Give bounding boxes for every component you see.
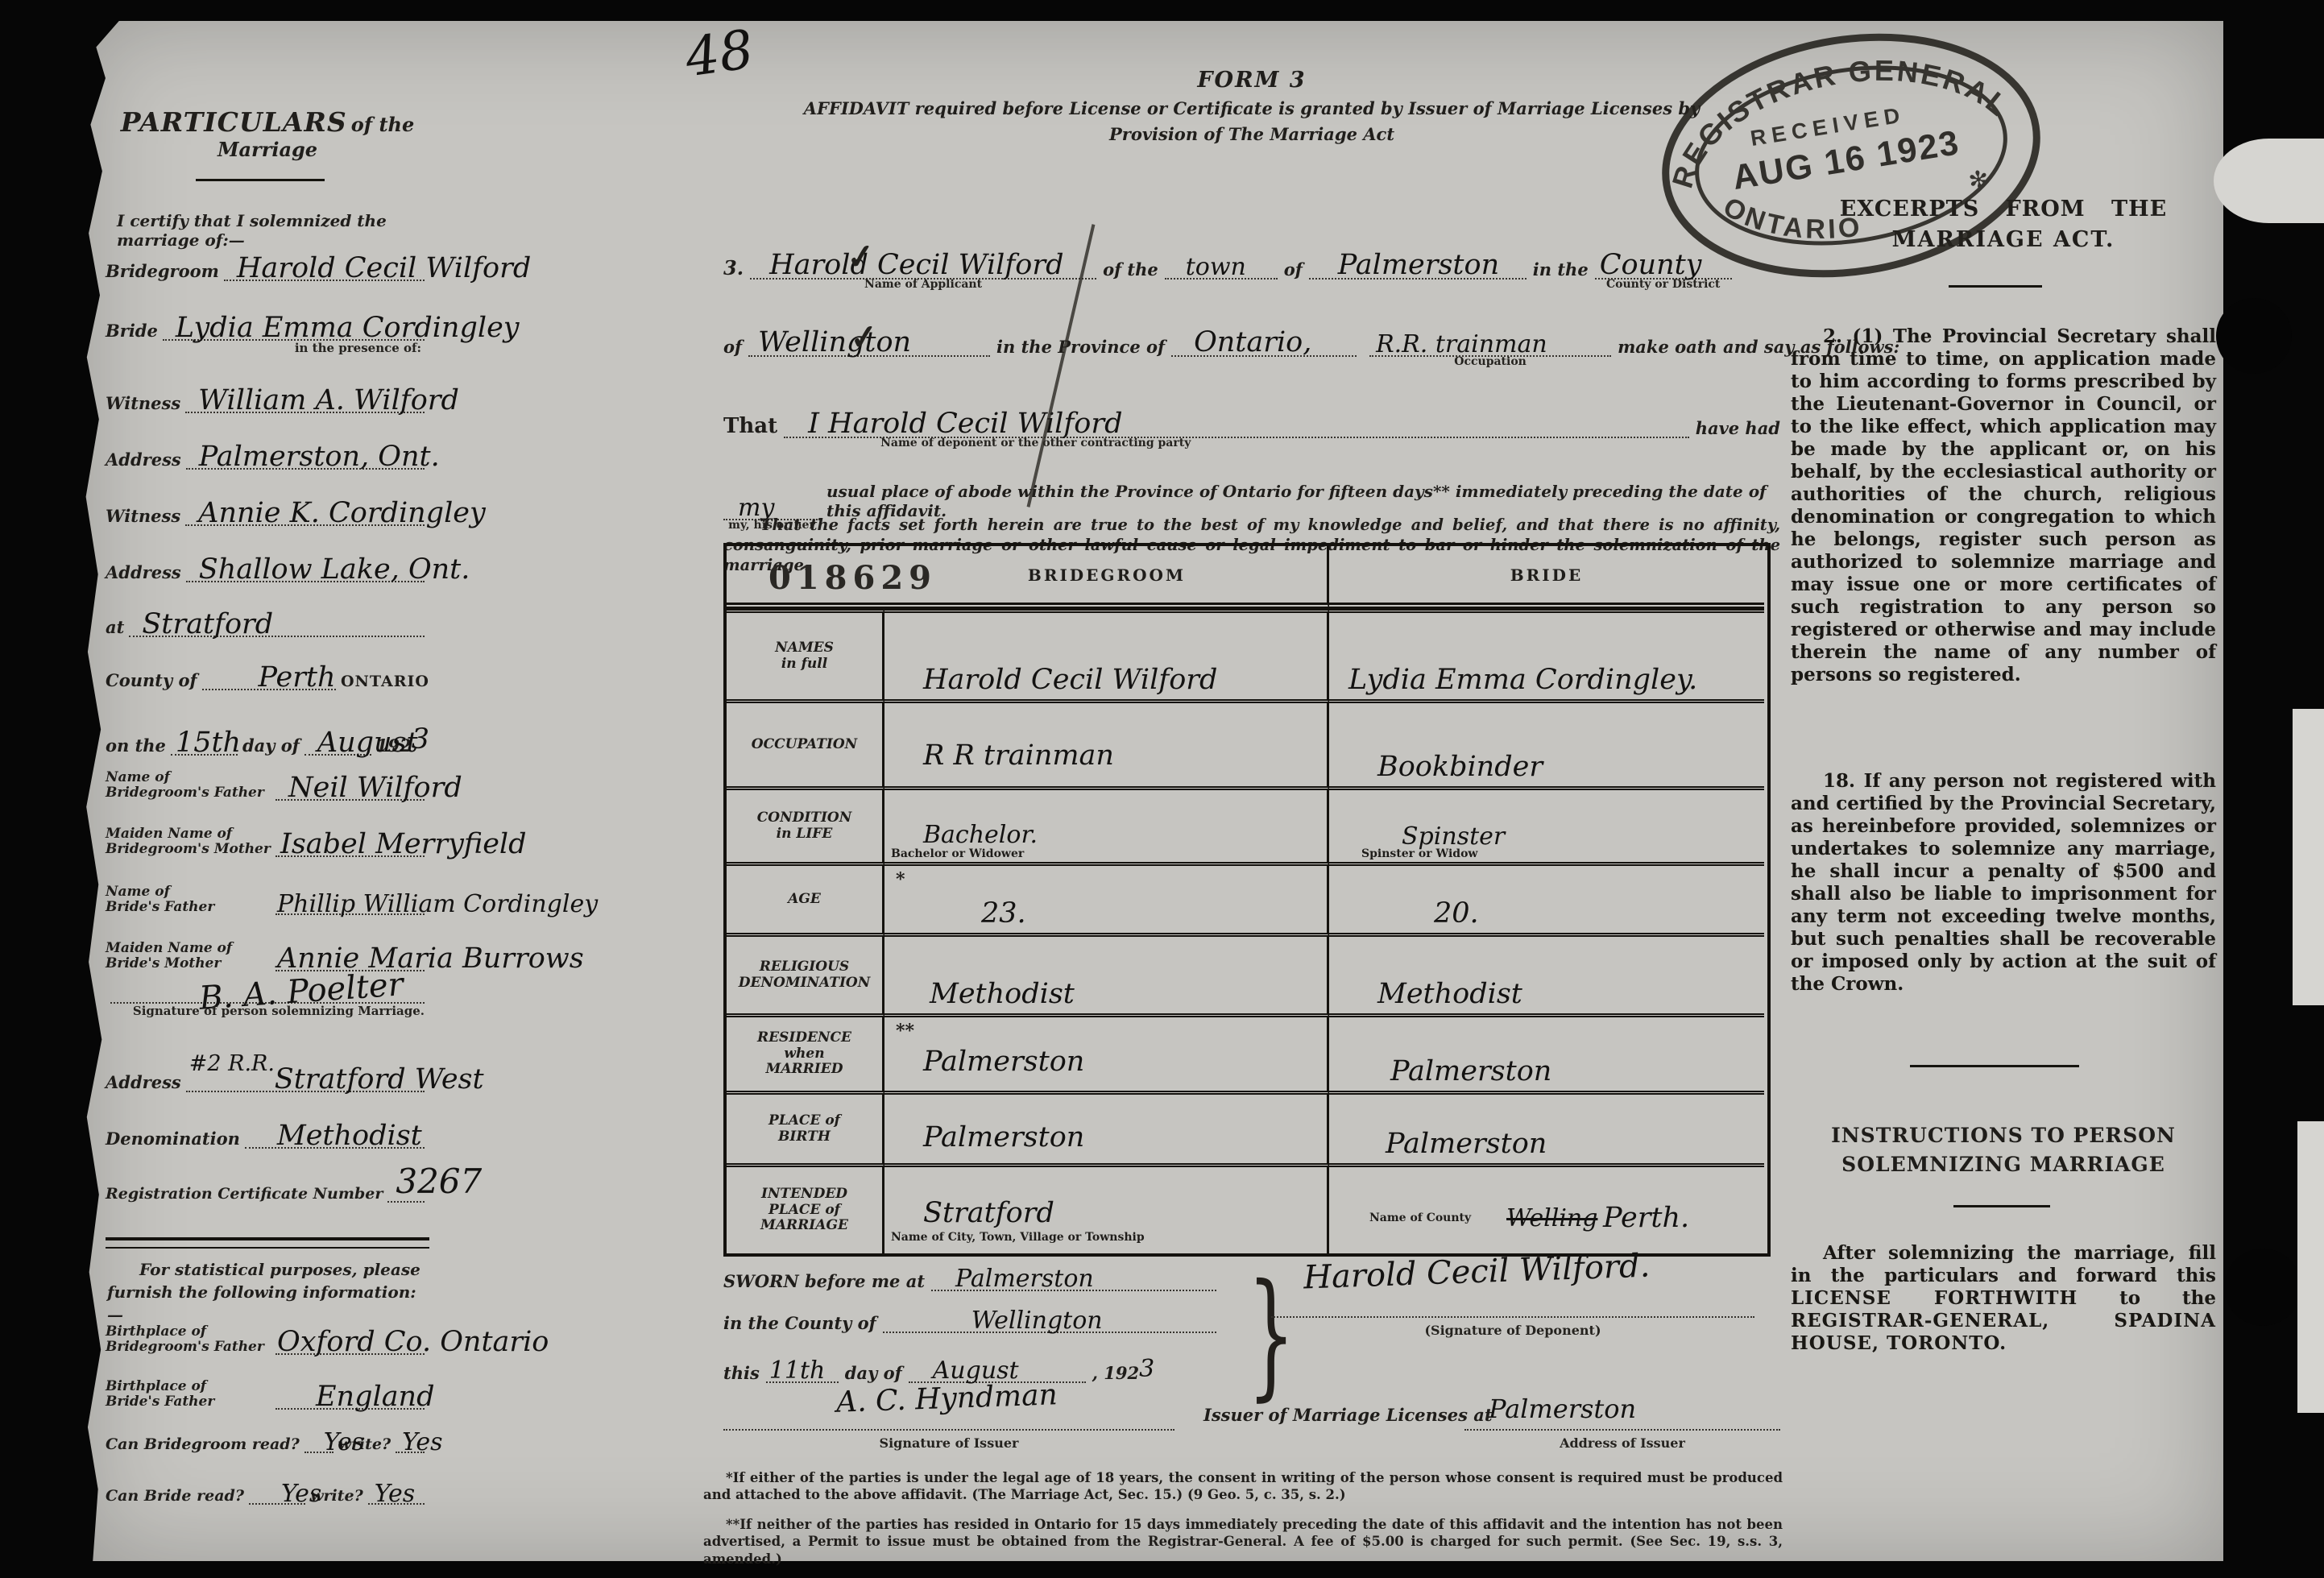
field-label: County of xyxy=(106,670,197,690)
affidavit-title-line2: Provision of The Marriage Act xyxy=(723,124,1780,144)
sworn-line-2: in the County of Wellington xyxy=(723,1313,1223,1333)
marriage-affidavit-page: 48 PARTICULARS of the Marriage I certify… xyxy=(83,21,2223,1561)
printed-year: , 192 xyxy=(1092,1363,1139,1383)
handwritten-value: Palmerston xyxy=(1386,1128,1547,1160)
handwritten-struck-county: Welling xyxy=(1506,1204,1597,1232)
field-groom-mother: Maiden Name of Bridegroom's Mother Isabe… xyxy=(106,826,429,857)
dotted-line: Isabel Merryfield xyxy=(275,851,425,857)
applicant-caption: Name of Applicant xyxy=(750,278,1096,291)
excerpts-divider xyxy=(1949,285,2042,288)
printed-county-label: in the County of xyxy=(723,1313,876,1333)
instructions-paragraph: After solemnizing the marriage, fill in … xyxy=(1791,1242,2216,1355)
handwritten-value: Harold Cecil Wilford xyxy=(923,664,1217,696)
handwritten-province: Ontario, xyxy=(1194,326,1311,358)
printed-issuer-at: Issuer of Marriage Licenses at xyxy=(1203,1405,1493,1425)
handwritten-rr-number: #2 R.R. xyxy=(189,1051,275,1076)
field-label: Address xyxy=(106,449,181,470)
handwritten-place: Palmerston xyxy=(955,1265,1094,1293)
excerpt-section-2: 2. (1) The Provincial Secretary shall fr… xyxy=(1791,325,2216,686)
province-slot: Ontario, xyxy=(1171,350,1357,357)
footnote-2: **If neither of the parties has resided … xyxy=(703,1516,1783,1568)
dotted-line: Stratford xyxy=(129,631,425,637)
field-bridegroom: Bridegroom Harold Cecil Wilford xyxy=(106,261,429,281)
condition-caption: Spinster or Widow xyxy=(1361,847,1477,860)
printed-in-the: in the xyxy=(1533,259,1589,280)
field-label: Name of Bride's Father xyxy=(106,884,271,915)
printed-province-label: in the Province of xyxy=(996,337,1165,357)
issuer-caption: Signature of Issuer xyxy=(723,1435,1174,1451)
table-header-right: BRIDE xyxy=(1329,546,1764,609)
printed-day-of: day of xyxy=(845,1363,902,1383)
handwritten-value: Oxford Co. Ontario xyxy=(277,1326,549,1358)
field-label: Can Bridegroom read? xyxy=(106,1435,300,1453)
dotted-line: Lydia Emma Cordingley in the presence of… xyxy=(163,334,425,341)
deponent-caption: (Signature of Deponent) xyxy=(1271,1323,1754,1338)
section-divider xyxy=(106,1237,429,1249)
field-label: Maiden Name of Bridegroom's Mother xyxy=(106,826,271,857)
handwritten-municipality: Palmerston xyxy=(1338,249,1499,281)
title-underline xyxy=(196,179,325,181)
deponent-caption: Name of deponent or the other contractin… xyxy=(784,437,1786,449)
stamp-flower-icon: ✻ xyxy=(1966,165,1991,197)
dotted-line: Shallow Lake, Ont. xyxy=(186,576,425,582)
field-witness-1: Witness William A. Wilford xyxy=(106,393,429,413)
checkmark-2: ✓ xyxy=(848,316,880,358)
handwritten-value: England xyxy=(316,1381,435,1413)
cell-names-groom: Harold Cecil Wilford xyxy=(884,609,1329,699)
punch-hole-bottom xyxy=(2224,1249,2301,1326)
dotted-line: Yes xyxy=(368,1498,425,1505)
signature-caption: Signature of person solemnizing Marriage… xyxy=(133,1004,425,1018)
row-label-intended-place: INTENDED PLACE of MARRIAGE xyxy=(727,1163,884,1253)
handwritten-value: 20. xyxy=(1434,897,1479,930)
instructions-divider-top xyxy=(1910,1065,2079,1067)
printed-that: That xyxy=(723,414,777,438)
dotted-line: Yes xyxy=(396,1447,425,1453)
handwritten-value: Yes xyxy=(375,1480,415,1508)
particulars-title: PARTICULARS of the Marriage xyxy=(106,106,429,161)
affidavit-line-abode: my my, his or her usual place of abode w… xyxy=(723,482,1780,520)
handwritten-occupation: R.R. trainman xyxy=(1376,330,1547,358)
field-bride-father: Name of Bride's Father Phillip William C… xyxy=(106,884,429,915)
printed-abode: usual place of abode within the Province… xyxy=(826,482,1780,520)
handwritten-value: Lydia Emma Cordingley. xyxy=(1348,664,1697,696)
field-marriage-date: on the 15th day of August 192 3 xyxy=(106,723,429,756)
table-header-left: 018629 BRIDEGROOM xyxy=(727,546,1329,609)
field-label: Witness xyxy=(106,506,180,526)
instructions-title: INSTRUCTIONS TO PERSON SOLEMNIZING MARRI… xyxy=(1791,1121,2216,1180)
field-address-1: Address Palmerston, Ont. xyxy=(106,449,429,470)
date-label-on-the: on the xyxy=(106,735,166,756)
municipality-slot: Palmerston xyxy=(1309,273,1527,280)
handwritten-value: Palmerston xyxy=(923,1121,1084,1153)
field-label: Witness xyxy=(106,393,180,413)
handwritten-applicant: Harold Cecil Wilford xyxy=(769,249,1063,281)
field-solemnizer-signature: B. A. Poelter Signature of person solemn… xyxy=(106,997,429,1004)
dotted-line: #2 R.R. Stratford West xyxy=(186,1086,425,1092)
double-asterisk-note: ** xyxy=(896,1021,914,1042)
sworn-day-slot: 11th xyxy=(766,1377,839,1383)
date-label-day-of: day of xyxy=(242,735,300,756)
handwritten-value: Stratford West xyxy=(275,1063,484,1095)
handwritten-value: Harold Cecil Wilford xyxy=(237,252,531,284)
excerpt-section-18: 18. If any person not registered with an… xyxy=(1791,770,2216,996)
sworn-line-1: SWORN before me at Palmerston xyxy=(723,1271,1223,1291)
cell-names-bride: Lydia Emma Cordingley. xyxy=(1329,609,1764,699)
dotted-line: England xyxy=(275,1403,425,1410)
issuer-address-caption: Address of Issuer xyxy=(1464,1435,1780,1451)
dotted-line: Yes xyxy=(304,1447,333,1453)
row-label-residence: RESIDENCE when MARRIED xyxy=(727,1013,884,1091)
certify-line: I certify that I solemnized the marriage… xyxy=(117,211,423,250)
handwritten-value: Phillip William Cordingley xyxy=(277,890,598,918)
field-label: Address xyxy=(106,562,181,582)
field-can-bride-read: Can Bride read? Yes write? Yes xyxy=(106,1487,429,1505)
dotted-line: August xyxy=(304,749,371,756)
instructions-bold-registrar: REGISTRAR-GENERAL, SPADINA HOUSE, TORONT… xyxy=(1791,1310,2216,1354)
handwritten-value: Methodist xyxy=(1377,978,1522,1010)
dotted-line: Perth xyxy=(202,684,336,690)
dotted-line: Neil Wilford xyxy=(275,794,425,801)
field-witness-2: Witness Annie K. Cordingley xyxy=(106,506,429,526)
field-solemnizer-address: Address #2 R.R. Stratford West xyxy=(106,1072,429,1092)
dotted-line: Phillip William Cordingley xyxy=(275,909,425,915)
field-label: Address xyxy=(106,1072,181,1092)
occupation-caption: Occupation xyxy=(1369,355,1611,368)
handwritten-value: Neil Wilford xyxy=(288,772,462,804)
issuer-signature: A. C. Hyndman xyxy=(835,1378,1058,1419)
cell-age-bride: 20. xyxy=(1329,862,1764,933)
handwritten-value: Yes xyxy=(402,1428,442,1456)
field-groom-father: Name of Bridegroom's Father Neil Wilford xyxy=(106,770,429,801)
row-label-occupation: OCCUPATION xyxy=(727,699,884,786)
issuer-signature-line xyxy=(723,1429,1174,1431)
field-label: Name of Bridegroom's Father xyxy=(106,770,271,801)
issuer-place-line xyxy=(1464,1429,1780,1431)
handwritten-value: Methodist xyxy=(277,1120,422,1152)
handwritten-county: Wellington xyxy=(758,326,911,358)
handwritten-value: Yes xyxy=(324,1428,364,1456)
field-label: at xyxy=(106,617,124,637)
field-birthplace-groom-father: Birthplace of Bridegroom's Father Oxford… xyxy=(106,1324,429,1355)
row-label-age: AGE xyxy=(727,862,884,933)
item-number: 3. xyxy=(723,256,744,280)
scan-artifact-blob xyxy=(2214,139,2324,223)
field-label: Registration Certificate Number xyxy=(106,1185,383,1203)
handwritten-value: Stratford xyxy=(142,608,273,640)
dotted-line: Palmerston, Ont. xyxy=(186,463,425,470)
cell-intended-groom: Stratford Name of City, Town, Village or… xyxy=(884,1163,1329,1253)
field-label: Can Bride read? xyxy=(106,1487,244,1505)
handwritten-value: R R trainman xyxy=(923,739,1114,772)
printed-sworn: SWORN before me at xyxy=(723,1271,925,1291)
column-header-bride: BRIDE xyxy=(1329,565,1764,585)
cell-condition-groom: Bachelor. Bachelor or Widower xyxy=(884,786,1329,862)
bridegroom-bride-table: 018629 BRIDEGROOM BRIDE NAMES in full Ha… xyxy=(723,543,1771,1257)
cell-occupation-bride: Bookbinder xyxy=(1329,699,1764,786)
handwritten-value: Shallow Lake, Ont. xyxy=(199,553,470,586)
cell-age-groom: * 23. xyxy=(884,862,1329,933)
dotted-line: Methodist xyxy=(245,1142,425,1149)
handwritten-deponent: I Harold Cecil Wilford xyxy=(808,408,1122,440)
cell-religion-bride: Methodist xyxy=(1329,933,1764,1013)
handwritten-value: Lydia Emma Cordingley xyxy=(176,312,520,344)
municipality-type-slot: town xyxy=(1165,273,1278,280)
cell-birthplace-bride: Palmerston xyxy=(1329,1091,1764,1163)
handwritten-value: 23. xyxy=(981,897,1026,930)
presence-note: in the presence of: xyxy=(295,341,421,355)
handwritten-value: Palmerston, Ont. xyxy=(199,441,440,473)
sworn-block: SWORN before me at Palmerston in the Cou… xyxy=(723,1271,1780,1448)
affidavit-title-line1: AFFIDAVIT required before License or Cer… xyxy=(723,98,1780,118)
printed-have-had: have had xyxy=(1696,418,1780,438)
dotted-line: B. A. Poelter Signature of person solemn… xyxy=(110,997,425,1004)
handwritten-value: Stratford xyxy=(923,1197,1054,1229)
statistical-intro: For statistical purposes, please furnish… xyxy=(107,1258,429,1326)
handwritten-value: Yes xyxy=(281,1480,321,1508)
field-bride: Bride Lydia Emma Cordingley in the prese… xyxy=(106,321,429,341)
scan-artifact-strip-2 xyxy=(2297,1121,2324,1413)
field-label: Bridegroom xyxy=(106,261,219,281)
handwritten-value: Annie Maria Burrows xyxy=(277,942,584,975)
handwritten-value: Isabel Merryfield xyxy=(280,828,527,860)
ontario-label: ONTARIO xyxy=(341,673,429,690)
dotted-line: Harold Cecil Wilford xyxy=(224,275,425,281)
handwritten-value: William A. Wilford xyxy=(198,384,459,416)
field-label: Bride xyxy=(106,321,158,341)
field-registration-number: Registration Certificate Number 3267 xyxy=(106,1185,429,1203)
field-label: Birthplace of Bride's Father xyxy=(106,1379,271,1410)
registrar-general-received-stamp: REGISTRAR GENERAL RECEIVED AUG 16 1923 O… xyxy=(1638,3,2064,308)
field-can-bridegroom-read: Can Bridegroom read? Yes write? Yes xyxy=(106,1435,429,1453)
handwritten-value: Palmerston xyxy=(923,1046,1084,1078)
sworn-line-3: this 11th day of August , 192 3 xyxy=(723,1355,1223,1383)
printed-this: this xyxy=(723,1363,760,1383)
affidavit-line-deponent: That I Harold Cecil Wilford Name of depo… xyxy=(723,414,1780,438)
handwritten-value: Annie K. Cordingley xyxy=(198,497,486,529)
condition-caption: Bachelor or Widower xyxy=(891,847,1024,860)
occupation-slot: R.R. trainman Occupation xyxy=(1369,350,1611,357)
handwritten-value: Bachelor. xyxy=(923,821,1038,849)
particulars-title-main: PARTICULARS xyxy=(121,106,347,138)
county-name-caption: Name of County xyxy=(1369,1211,1471,1224)
field-at: at Stratford xyxy=(106,617,429,637)
field-birthplace-bride-father: Birthplace of Bride's Father England xyxy=(106,1379,429,1410)
handwritten-county: Wellington xyxy=(971,1307,1103,1335)
handwritten-month: August xyxy=(317,727,418,759)
field-county: County of Perth ONTARIO xyxy=(106,670,429,690)
handwritten-value: Palmerston xyxy=(1390,1055,1551,1087)
cell-residence-bride: Palmerston xyxy=(1329,1013,1764,1091)
instructions-text: After solemnizing the marriage, fill in … xyxy=(1791,1242,2216,1286)
instructions-bold-license: LICENSE FORTHWITH xyxy=(1791,1287,2078,1309)
field-label: Maiden Name of Bride's Mother xyxy=(106,941,271,971)
row-label-names: NAMES in full xyxy=(727,609,884,699)
handwritten-issuer-place: Palmerston xyxy=(1489,1394,1636,1424)
scan-artifact-strip-1 xyxy=(2293,709,2324,1005)
cell-occupation-groom: R R trainman xyxy=(884,699,1329,786)
cell-condition-bride: Spinster Spinster or Widow xyxy=(1329,786,1764,862)
cell-residence-groom: ** Palmerston xyxy=(884,1013,1329,1091)
dotted-line: 3267 xyxy=(387,1196,425,1203)
form-number: FORM 3 xyxy=(723,68,1780,93)
handwritten-value: Methodist xyxy=(930,978,1075,1010)
intended-caption: Name of City, Town, Village or Township xyxy=(891,1231,1145,1244)
dotted-line: Oxford Co. Ontario xyxy=(275,1348,425,1355)
deponent-signature-line xyxy=(1271,1316,1754,1318)
handwritten-year: 3 xyxy=(1139,1355,1154,1383)
dotted-line: Annie K. Cordingley xyxy=(185,520,425,526)
field-denomination: Denomination Methodist xyxy=(106,1129,429,1149)
handwritten-value: Perth xyxy=(259,661,336,694)
asterisk-note: * xyxy=(896,869,905,890)
row-label-condition: CONDITION in LIFE xyxy=(727,786,884,862)
handwritten-value: Bookbinder xyxy=(1377,751,1543,783)
dotted-line: 15th xyxy=(171,749,238,756)
handwritten-value: Perth. xyxy=(1603,1202,1689,1234)
handwritten-value: Spinster xyxy=(1402,822,1505,851)
instructions-divider-bottom xyxy=(1953,1205,2050,1207)
instructions-text: to the xyxy=(2078,1287,2216,1309)
cell-birthplace-groom: Palmerston xyxy=(884,1091,1329,1163)
punch-hole-top xyxy=(2216,298,2292,374)
footnote-1: *If either of the parties is under the l… xyxy=(703,1469,1783,1504)
printed-of: of xyxy=(1284,259,1303,280)
handwritten-day: 15th xyxy=(176,727,241,759)
sworn-place-slot: Palmerston xyxy=(931,1285,1216,1291)
affidavit-line-county: of Wellington in the Province of Ontario… xyxy=(723,337,1780,357)
handwritten-day: 11th xyxy=(769,1356,826,1385)
checkmark-1: ✓ xyxy=(845,235,877,277)
affidavit-line-applicant: 3. Harold Cecil Wilford Name of Applican… xyxy=(723,256,1780,280)
applicant-slot: Harold Cecil Wilford Name of Applicant xyxy=(750,273,1096,280)
cell-intended-bride: Name of County Welling Perth. xyxy=(1329,1163,1764,1253)
field-label: Birthplace of Bridegroom's Father xyxy=(106,1324,271,1355)
printed-of: of xyxy=(723,337,742,357)
handwritten-value: 3267 xyxy=(396,1162,482,1201)
deponent-slot: I Harold Cecil Wilford Name of deponent … xyxy=(784,432,1689,438)
column-header-bridegroom: BRIDEGROOM xyxy=(884,565,1329,585)
dotted-line: Yes xyxy=(249,1498,305,1505)
scanned-document-canvas: 48 PARTICULARS of the Marriage I certify… xyxy=(0,0,2324,1578)
row-label-religion: RELIGIOUS DENOMINATION xyxy=(727,933,884,1013)
cell-religion-groom: Methodist xyxy=(884,933,1329,1013)
printed-of-the: of the xyxy=(1103,259,1158,280)
handwritten-town: town xyxy=(1186,253,1246,281)
dotted-line: William A. Wilford xyxy=(185,407,425,413)
sworn-county-slot: Wellington xyxy=(883,1327,1216,1333)
field-address-2: Address Shallow Lake, Ont. xyxy=(106,562,429,582)
row-label-birthplace: PLACE of BIRTH xyxy=(727,1091,884,1163)
field-label: Denomination xyxy=(106,1129,240,1149)
